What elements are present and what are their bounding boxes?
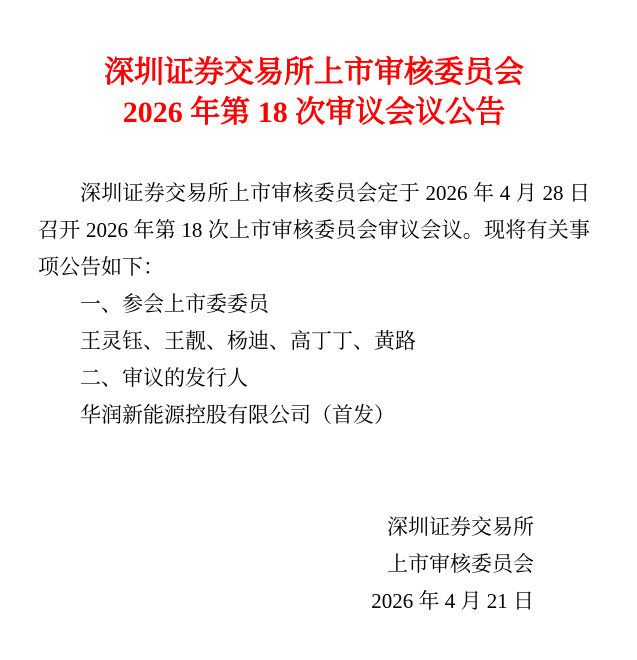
signature-org-line-2: 上市审核委员会	[38, 546, 534, 583]
committee-members: 王灵钰、王靓、杨迪、高丁丁、黄路	[38, 323, 590, 360]
section-2-heading: 二、审议的发行人	[38, 360, 590, 397]
document-body: 深圳证券交易所上市审核委员会定于 2026 年 4 月 28 日召开 2026 …	[38, 175, 590, 434]
signature-org-line-1: 深圳证券交易所	[38, 509, 534, 546]
section-1-heading: 一、参会上市委委员	[38, 286, 590, 323]
issuer-name: 华润新能源控股有限公司（首发）	[38, 397, 590, 434]
signature-block: 深圳证券交易所 上市审核委员会 2026 年 4 月 21 日	[38, 509, 590, 620]
title-line-1: 深圳证券交易所上市审核委员会	[38, 53, 590, 93]
document-title: 深圳证券交易所上市审核委员会 2026 年第 18 次审议会议公告	[38, 53, 590, 133]
intro-paragraph: 深圳证券交易所上市审核委员会定于 2026 年 4 月 28 日召开 2026 …	[38, 175, 590, 286]
title-line-2: 2026 年第 18 次审议会议公告	[38, 93, 590, 133]
signature-date: 2026 年 4 月 21 日	[38, 583, 534, 620]
document-page: 深圳证券交易所上市审核委员会 2026 年第 18 次审议会议公告 深圳证券交易…	[0, 0, 637, 660]
